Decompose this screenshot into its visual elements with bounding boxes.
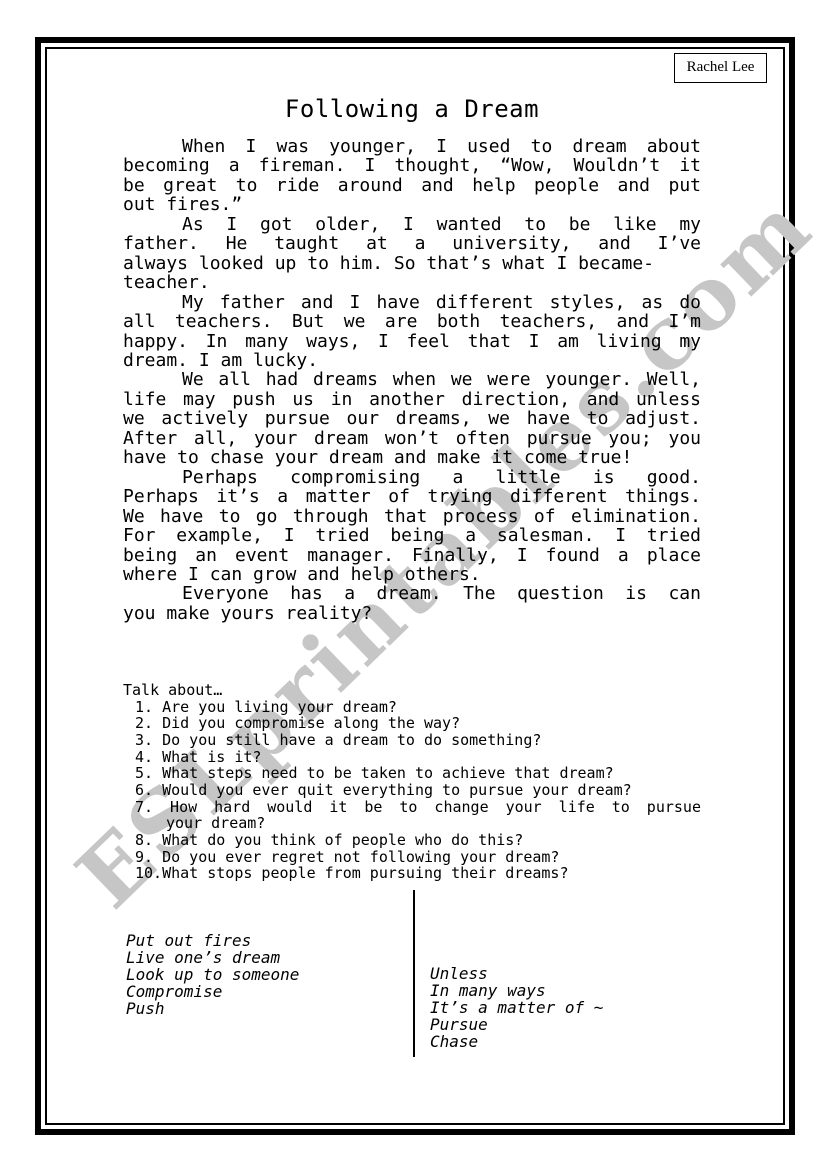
question-line: 7. How hard would it be to change your l…: [135, 799, 701, 816]
question-line: 5. What steps need to be taken to achiev…: [135, 765, 701, 782]
question-line: 6. Would you ever quit everything to pur…: [135, 782, 701, 799]
article-line: For example, I tried being a salesman. I…: [123, 526, 701, 545]
paragraph: Everyone has a dream. The question is ca…: [123, 584, 701, 623]
paragraph: Perhaps compromising a little is good. P…: [123, 468, 701, 585]
vocab-item: Look up to someone: [126, 966, 299, 983]
vocab-item: Chase: [430, 1033, 603, 1050]
paragraph: We all had dreams when we were younger. …: [123, 370, 701, 467]
question: 6. Would you ever quit everything to pur…: [123, 782, 701, 799]
question: 1. Are you living your dream?: [123, 699, 701, 716]
question-line: 1. Are you living your dream?: [135, 699, 701, 716]
article-line: have to chase your dream and make it com…: [123, 448, 701, 467]
article-line: Perhaps compromising a little is good.: [123, 468, 701, 487]
vocab-item: Push: [126, 1000, 299, 1017]
article-line: life may push us in another direction, a…: [123, 390, 701, 409]
paragraph: My father and I have different styles, a…: [123, 293, 701, 371]
article-line: where I can grow and help others.: [123, 565, 701, 584]
article-line: all teachers. But we are both teachers, …: [123, 312, 701, 331]
question: 3. Do you still have a dream to do somet…: [123, 732, 701, 749]
article-line: be great to ride around and help people …: [123, 176, 701, 195]
vocab-item: It’s a matter of ~: [430, 999, 603, 1016]
question: 10.What stops people from pursuing their…: [123, 865, 701, 882]
paragraph: When I was younger, I used to dream abou…: [123, 137, 701, 215]
question: 9. Do you ever regret not following your…: [123, 849, 701, 866]
article-line: After all, your dream won’t often pursue…: [123, 429, 701, 448]
question: 5. What steps need to be taken to achiev…: [123, 765, 701, 782]
article-line: happy. In many ways, I feel that I am li…: [123, 332, 701, 351]
question-line: 4. What is it?: [135, 749, 701, 766]
question: 2. Did you compromise along the way?: [123, 715, 701, 732]
article-line: becoming a fireman. I thought, “Wow, Wou…: [123, 156, 701, 175]
article-line: Perhaps it’s a matter of trying differen…: [123, 487, 701, 506]
discussion-section: Talk about… 1. Are you living your dream…: [123, 682, 701, 882]
article-line: you make yours reality?: [123, 604, 701, 623]
article-line: dream. I am lucky.: [123, 351, 701, 370]
discussion-heading: Talk about…: [123, 682, 701, 699]
vocab-item: Pursue: [430, 1016, 603, 1033]
question: 4. What is it?: [123, 749, 701, 766]
question-line: 10.What stops people from pursuing their…: [135, 865, 701, 882]
article: When I was younger, I used to dream abou…: [123, 137, 701, 623]
student-name-box: Rachel Lee: [674, 53, 767, 83]
article-line: father. He taught at a university, and I…: [123, 234, 701, 253]
vocab-item: Unless: [430, 965, 603, 982]
student-name: Rachel Lee: [687, 59, 755, 75]
article-line: being an event manager. Finally, I found…: [123, 546, 701, 565]
worksheet-page: Rachel Lee Following a Dream When I was …: [0, 0, 821, 1169]
article-line: always looked up to him. So that’s what …: [123, 254, 701, 273]
vocab-list-left: Put out fires Live one’s dream Look up t…: [126, 932, 299, 1017]
article-line: My father and I have different styles, a…: [123, 293, 701, 312]
question-line: your dream?: [166, 815, 701, 832]
article-line: Everyone has a dream. The question is ca…: [123, 584, 701, 603]
vocab-item: In many ways: [430, 982, 603, 999]
article-line: We have to go through that process of el…: [123, 507, 701, 526]
question-line: 3. Do you still have a dream to do somet…: [135, 732, 701, 749]
worksheet-title: Following a Dream: [123, 95, 701, 123]
question: 7. How hard would it be to change your l…: [123, 799, 701, 832]
question-line: 8. What do you think of people who do th…: [135, 832, 701, 849]
article-line: teacher.: [123, 273, 701, 292]
article-line: We all had dreams when we were younger. …: [123, 370, 701, 389]
question: 8. What do you think of people who do th…: [123, 832, 701, 849]
article-line: we actively pursue our dreams, we have t…: [123, 409, 701, 428]
question-line: 2. Did you compromise along the way?: [135, 715, 701, 732]
article-line: As I got older, I wanted to be like my: [123, 215, 701, 234]
paragraph: As I got older, I wanted to be like my f…: [123, 215, 701, 293]
article-line: When I was younger, I used to dream abou…: [123, 137, 701, 156]
vocab-item: Put out fires: [126, 932, 299, 949]
article-line: out fires.”: [123, 195, 701, 214]
vocab-item: Compromise: [126, 983, 299, 1000]
question-line: 9. Do you ever regret not following your…: [135, 849, 701, 866]
column-divider: [413, 890, 415, 1057]
vocab-list-right: Unless In many ways It’s a matter of ~ P…: [430, 965, 603, 1050]
vocab-item: Live one’s dream: [126, 949, 299, 966]
